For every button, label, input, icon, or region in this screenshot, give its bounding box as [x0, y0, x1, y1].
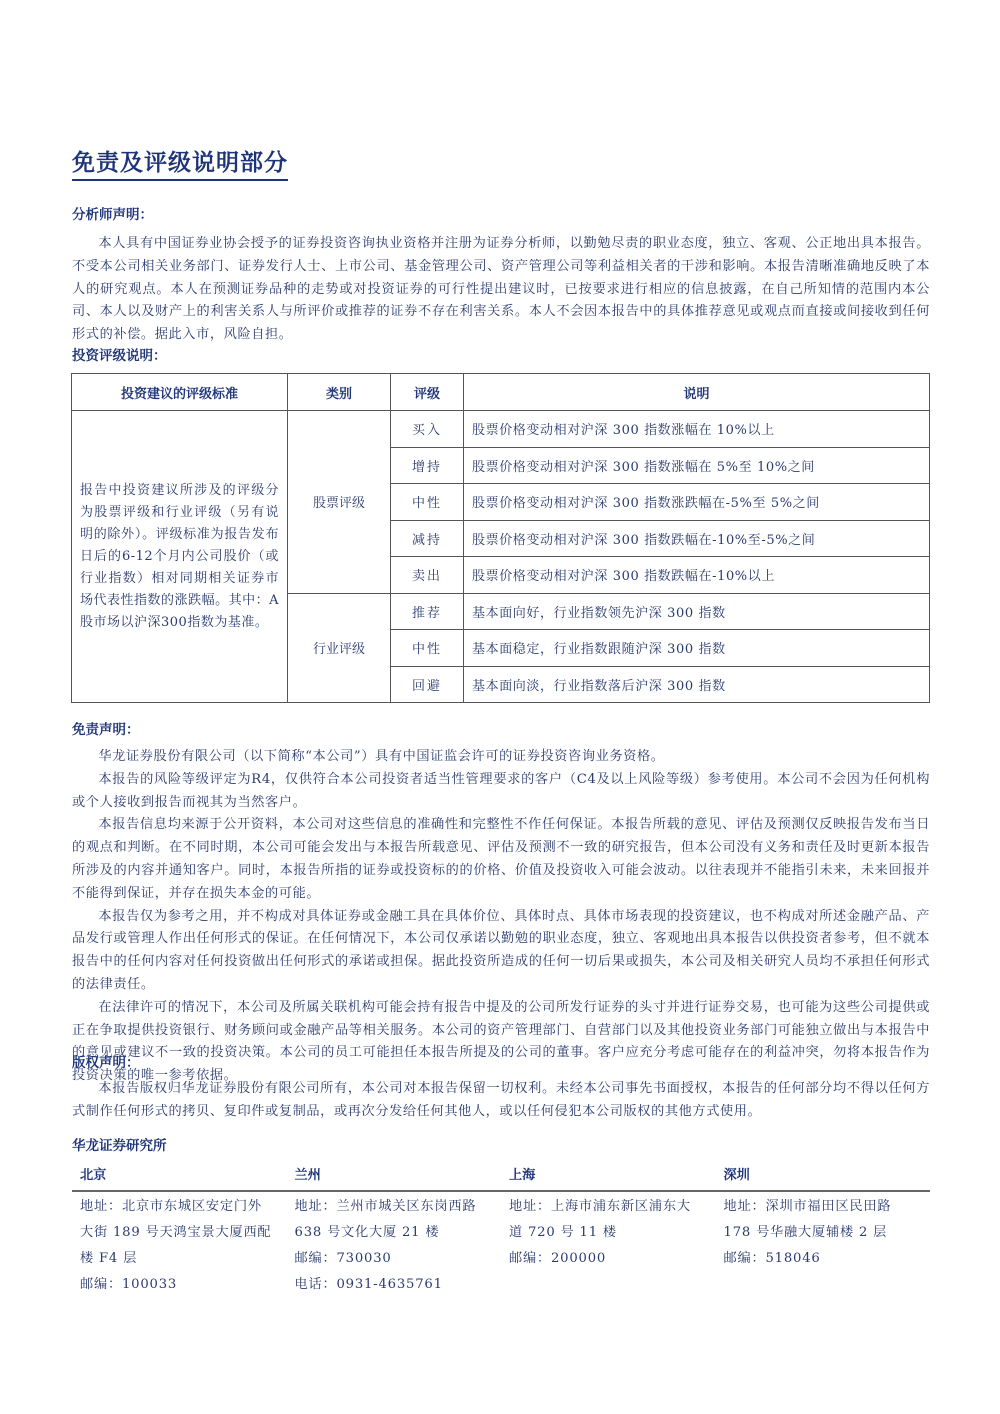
- rating-description: 股票价格变动相对沪深 300 指数涨幅在 5%至 10%之间: [464, 447, 930, 484]
- rating-description: 基本面稳定，行业指数跟随沪深 300 指数: [464, 630, 930, 667]
- rating-label: 中性: [391, 484, 464, 521]
- analyst-statement-heading: 分析师声明：: [72, 203, 153, 223]
- rating-label: 增持: [391, 447, 464, 484]
- rating-label: 中性: [391, 630, 464, 667]
- institute-heading: 华龙证券研究所: [72, 1134, 167, 1154]
- office-beijing: 北京 地址：北京市东城区安定门外 大街 189 号天鸿宝景大厦西配 楼 F4 层…: [72, 1162, 287, 1298]
- disclaimer-paragraph: 本报告的风险等级评定为R4，仅供符合本公司投资者适当性管理要求的客户（C4及以上…: [72, 769, 930, 815]
- office-city: 北京: [72, 1162, 287, 1192]
- analyst-statement-body: 本人具有中国证券业协会授予的证券投资咨询执业资格并注册为证券分析师，以勤勉尽责的…: [72, 233, 930, 347]
- office-line: 楼 F4 层: [72, 1246, 287, 1272]
- office-line: 邮编：730030: [287, 1246, 502, 1272]
- office-line: 大街 189 号天鸿宝景大厦西配: [72, 1220, 287, 1246]
- rating-label: 减持: [391, 520, 464, 557]
- rating-label: 推荐: [391, 593, 464, 630]
- office-city: 深圳: [716, 1162, 931, 1192]
- disclaimer-body: 华龙证券股份有限公司（以下简称“本公司”）具有中国证监会许可的证券投资咨询业务资…: [72, 746, 930, 1088]
- category-industry: 行业评级: [288, 593, 391, 703]
- office-city: 兰州: [287, 1162, 502, 1192]
- disclaimer-paragraph: 在法律许可的情况下，本公司及所属关联机构可能会持有报告中提及的公司所发行证券的头…: [72, 997, 930, 1088]
- rating-description: 基本面向淡，行业指数落后沪深 300 指数: [464, 666, 930, 703]
- header-rating: 评级: [391, 374, 464, 411]
- copyright-heading: 版权声明：: [72, 1051, 140, 1071]
- disclaimer-paragraph: 本报告信息均来源于公开资料，本公司对这些信息的准确性和完整性不作任何保证。本报告…: [72, 814, 930, 905]
- analyst-statement-text: 本人具有中国证券业协会授予的证券投资咨询执业资格并注册为证券分析师，以勤勉尽责的…: [72, 233, 930, 347]
- rating-description: 基本面向好，行业指数领先沪深 300 指数: [464, 593, 930, 630]
- disclaimer-paragraph: 华龙证券股份有限公司（以下简称“本公司”）具有中国证监会许可的证券投资咨询业务资…: [72, 746, 930, 769]
- page-title: 免责及评级说明部分: [72, 144, 288, 181]
- disclaimer-heading: 免责声明：: [72, 718, 140, 738]
- office-line: 638 号文化大厦 21 楼: [287, 1220, 502, 1246]
- rating-description: 股票价格变动相对沪深 300 指数跌幅在-10%以上: [464, 557, 930, 594]
- office-city: 上海: [501, 1162, 716, 1192]
- rating-label: 卖出: [391, 557, 464, 594]
- office-line: 电话：0931-4635761: [287, 1272, 502, 1298]
- category-stock: 股票评级: [288, 411, 391, 594]
- rating-label: 买入: [391, 411, 464, 448]
- rating-criteria: 报告中投资建议所涉及的评级分为股票评级和行业评级（另有说明的除外）。评级标准为报…: [72, 411, 288, 703]
- rating-description: 股票价格变动相对沪深 300 指数涨跌幅在-5%至 5%之间: [464, 484, 930, 521]
- office-line: 邮编：518046: [716, 1246, 931, 1272]
- office-line: 邮编：200000: [501, 1246, 716, 1272]
- header-criteria: 投资建议的评级标准: [72, 374, 288, 411]
- office-line: 邮编：100033: [72, 1272, 287, 1298]
- rating-table: 投资建议的评级标准 类别 评级 说明 报告中投资建议所涉及的评级分为股票评级和行…: [71, 373, 930, 703]
- office-line: 地址：北京市东城区安定门外: [72, 1194, 287, 1220]
- rating-label: 回避: [391, 666, 464, 703]
- copyright-text: 本报告版权归华龙证券股份有限公司所有，本公司对本报告保留一切权利。未经本公司事先…: [72, 1078, 930, 1124]
- office-line: 地址：兰州市城关区东岗西路: [287, 1194, 502, 1220]
- office-shanghai: 上海 地址：上海市浦东新区浦东大 道 720 号 11 楼 邮编：200000: [501, 1162, 716, 1298]
- header-category: 类别: [288, 374, 391, 411]
- rating-description: 股票价格变动相对沪深 300 指数涨幅在 10%以上: [464, 411, 930, 448]
- office-lanzhou: 兰州 地址：兰州市城关区东岗西路 638 号文化大厦 21 楼 邮编：73003…: [287, 1162, 502, 1298]
- office-line: 地址：深圳市福田区民田路: [716, 1194, 931, 1220]
- office-line: 地址：上海市浦东新区浦东大: [501, 1194, 716, 1220]
- disclaimer-paragraph: 本报告仅为参考之用，并不构成对具体证券或金融工具在具体价位、具体时点、具体市场表…: [72, 906, 930, 997]
- table-row: 报告中投资建议所涉及的评级分为股票评级和行业评级（另有说明的除外）。评级标准为报…: [72, 411, 930, 448]
- office-shenzhen: 深圳 地址：深圳市福田区民田路 178 号华融大厦辅楼 2 层 邮编：51804…: [716, 1162, 931, 1298]
- rating-description: 股票价格变动相对沪深 300 指数跌幅在-10%至-5%之间: [464, 520, 930, 557]
- copyright-body: 本报告版权归华龙证券股份有限公司所有，本公司对本报告保留一切权利。未经本公司事先…: [72, 1078, 930, 1124]
- office-line: 道 720 号 11 楼: [501, 1220, 716, 1246]
- header-description: 说明: [464, 374, 930, 411]
- rating-table-header: 投资建议的评级标准 类别 评级 说明: [72, 374, 930, 411]
- rating-heading: 投资评级说明：: [72, 344, 167, 364]
- office-list: 北京 地址：北京市东城区安定门外 大街 189 号天鸿宝景大厦西配 楼 F4 层…: [72, 1162, 930, 1298]
- office-line: 178 号华融大厦辅楼 2 层: [716, 1220, 931, 1246]
